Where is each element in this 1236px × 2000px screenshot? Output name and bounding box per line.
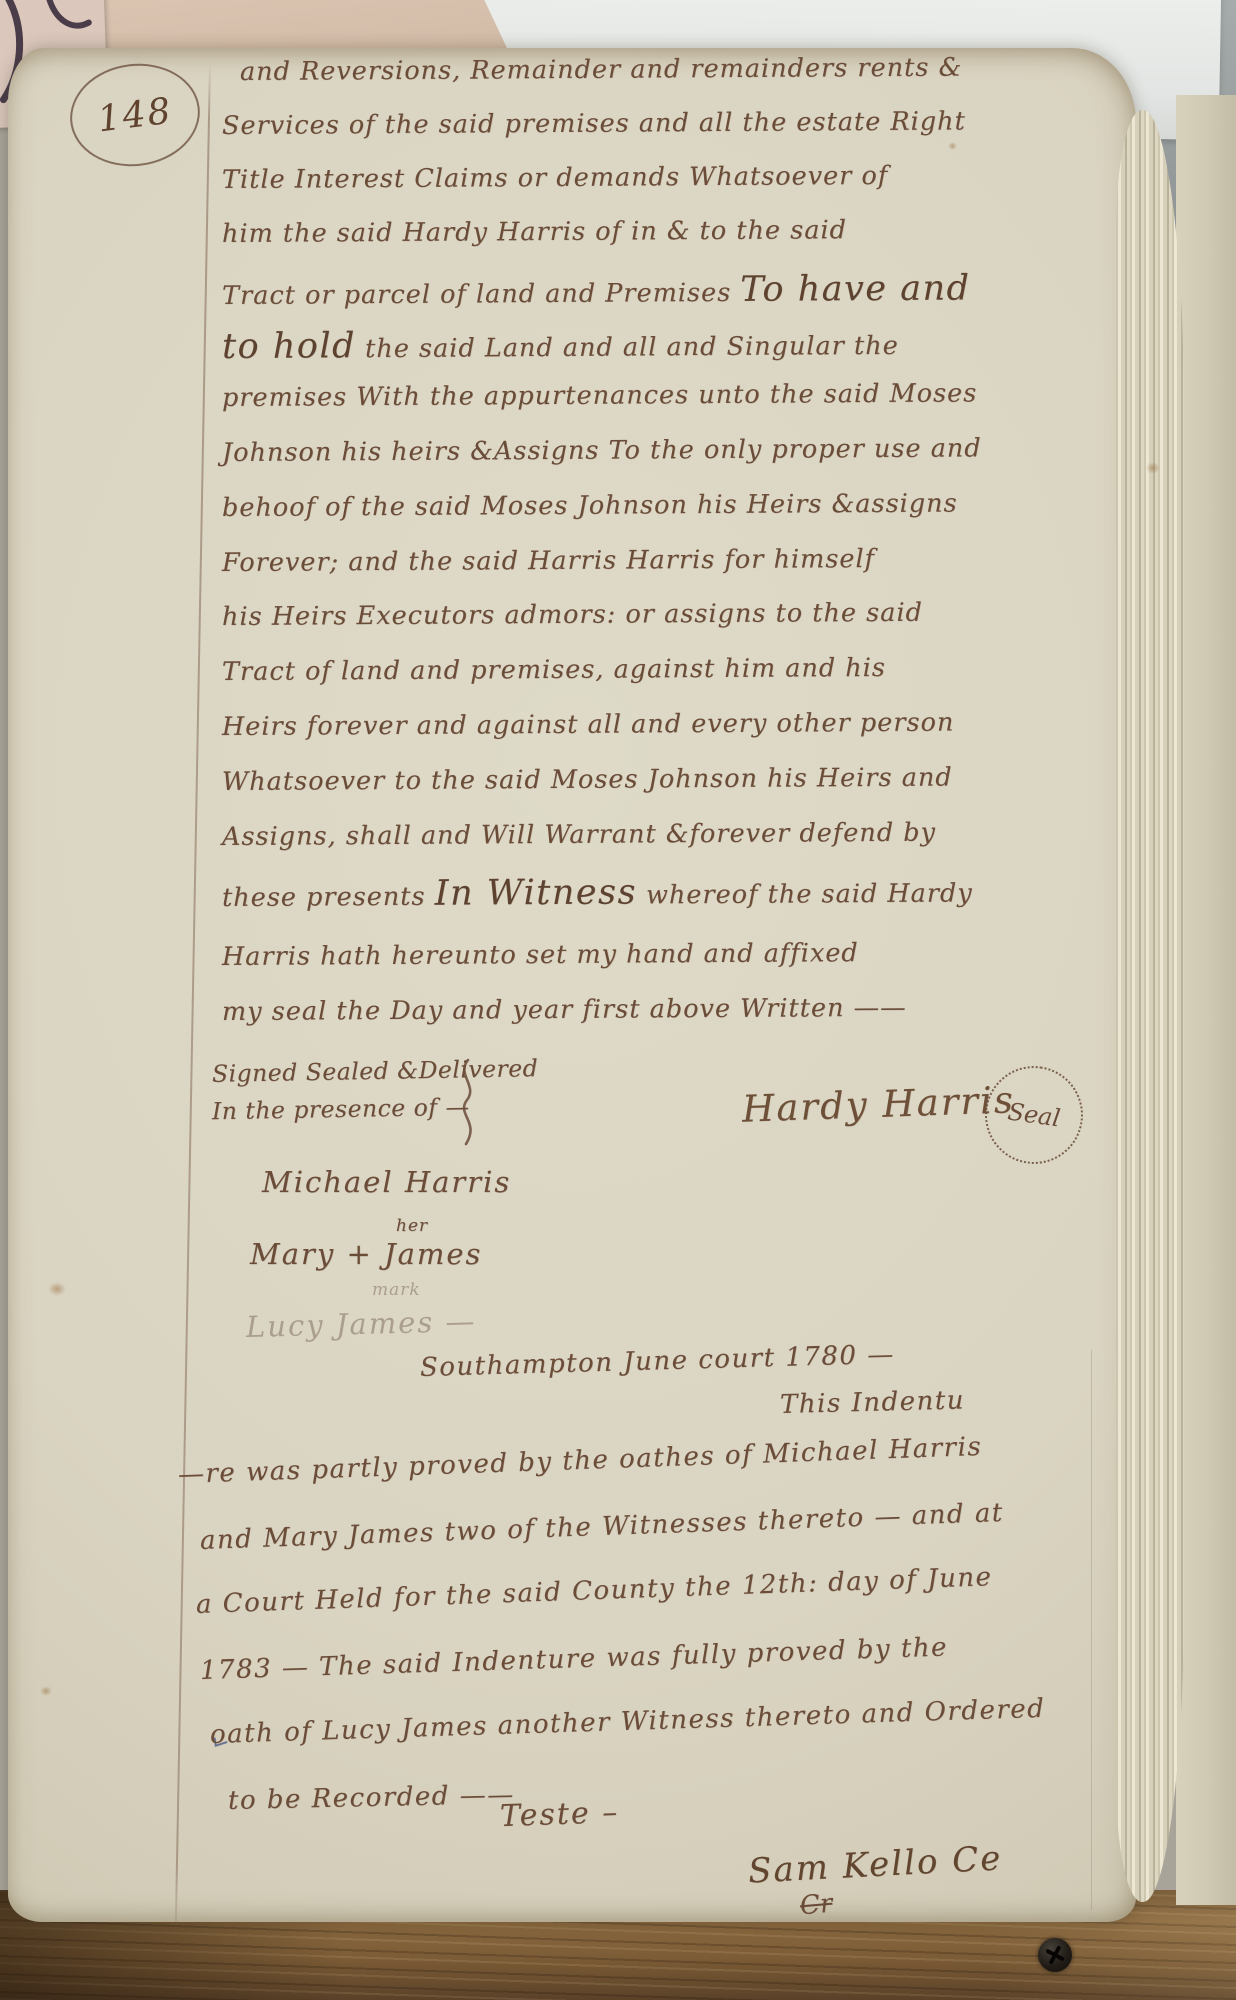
grantor-signature: Hardy Harris (741, 1081, 1015, 1128)
foxing-spot (1146, 462, 1160, 474)
court-catchword: This Indentu (780, 1387, 966, 1418)
deed-line: his Heirs Executors admors: or assigns t… (222, 601, 923, 631)
deed-line-text: my seal the Day and year first above Wri… (222, 993, 907, 1027)
deed-line-text: Johnson his heirs &Assigns To the only p… (222, 433, 982, 468)
deed-line: and Reversions, Remainder and remainders… (240, 56, 962, 86)
teste-label: Teste – (500, 1798, 620, 1832)
deed-line: behoof of the said Moses Johnson his Hei… (222, 492, 958, 522)
her-mark-label: mark (372, 1282, 421, 1299)
attestation-line: Signed Sealed &Delivered (212, 1057, 539, 1086)
deed-line-emphasis: To have and (740, 268, 970, 309)
screw-head (1038, 1938, 1072, 1972)
witness-name: Lucy James — (246, 1307, 477, 1342)
deed-line: Services of the said premises and all th… (222, 109, 966, 139)
page-crease (1091, 1350, 1092, 1910)
deed-line: Johnson his heirs &Assigns To the only p… (222, 436, 982, 466)
deed-line: him the said Hardy Harris of in & to the… (222, 218, 847, 247)
deed-line-text: his Heirs Executors admors: or assigns t… (222, 598, 923, 632)
deed-line-text: Tract of land and premises, against him … (222, 653, 886, 687)
deed-line: to hold the said Land and all and Singul… (222, 326, 899, 365)
attestation-brace (452, 1056, 484, 1148)
deed-line: my seal the Day and year first above Wri… (222, 996, 907, 1026)
witness-name: Mary + James (250, 1240, 482, 1269)
deed-line-text: the said Land and all and Singular the (356, 331, 899, 364)
stacked-page-edges (1116, 110, 1184, 1902)
foxing-spot (40, 1686, 52, 1696)
deed-line: Tract or parcel of land and Premises To … (222, 271, 971, 311)
deed-line-text: Heirs forever and against all and every … (222, 708, 955, 742)
deed-line-emphasis: to hold (222, 326, 356, 367)
deed-line: Title Interest Claims or demands Whatsoe… (222, 164, 888, 194)
deed-line-text: Tract or parcel of land and Premises (222, 278, 741, 311)
deed-line: Heirs forever and against all and every … (222, 711, 955, 741)
deed-line-text: Title Interest Claims or demands Whatsoe… (222, 161, 888, 195)
deed-line-text: Whatsoever to the said Moses Johnson his… (222, 763, 953, 797)
deed-line-text: and Reversions, Remainder and remainders… (240, 53, 962, 87)
attestation-line: In the presence of — (212, 1096, 470, 1124)
deed-line-text: Services of the said premises and all th… (222, 106, 966, 141)
deed-line: Harris hath hereunto set my hand and aff… (222, 941, 859, 970)
deed-line-emphasis: In Witness (435, 872, 638, 913)
deed-line-text: Harris hath hereunto set my hand and aff… (222, 938, 859, 972)
deed-line: premises With the appurtenances unto the… (222, 381, 977, 411)
her-mark-label: her (396, 1218, 428, 1235)
page-number: 148 (95, 90, 174, 140)
seal-label: Seal (1006, 1097, 1062, 1132)
deed-line-text: behoof of the said Moses Johnson his Hei… (222, 489, 958, 523)
deed-line: these presents In Witness whereof the sa… (222, 873, 973, 913)
manuscript-photo: 148 and Reversions, Remainder and remain… (0, 0, 1236, 2000)
deed-line-text: Assigns, shall and Will Warrant &forever… (222, 818, 936, 852)
deed-line-text: premises With the appurtenances unto the… (222, 378, 977, 413)
book-fore-edge (1176, 95, 1236, 1905)
deed-line-text: Forever; and the said Harris Harris for … (222, 544, 875, 578)
witness-name: Michael Harris (262, 1168, 511, 1197)
deed-line-text: whereof the said Hardy (637, 878, 973, 910)
deed-line: Tract of land and premises, against him … (222, 656, 886, 686)
deed-line: Assigns, shall and Will Warrant &forever… (222, 821, 936, 851)
deed-line: Forever; and the said Harris Harris for … (222, 547, 875, 576)
deed-line-text: him the said Hardy Harris of in & to the… (222, 215, 847, 249)
deed-line-text: these presents (222, 882, 435, 913)
foxing-spot (948, 142, 957, 150)
deed-line: Whatsoever to the said Moses Johnson his… (222, 766, 953, 796)
court-record-line: to be Recorded —— (228, 1782, 515, 1814)
clerk-flourish: Cr (799, 1891, 833, 1920)
foxing-spot (48, 1282, 66, 1296)
